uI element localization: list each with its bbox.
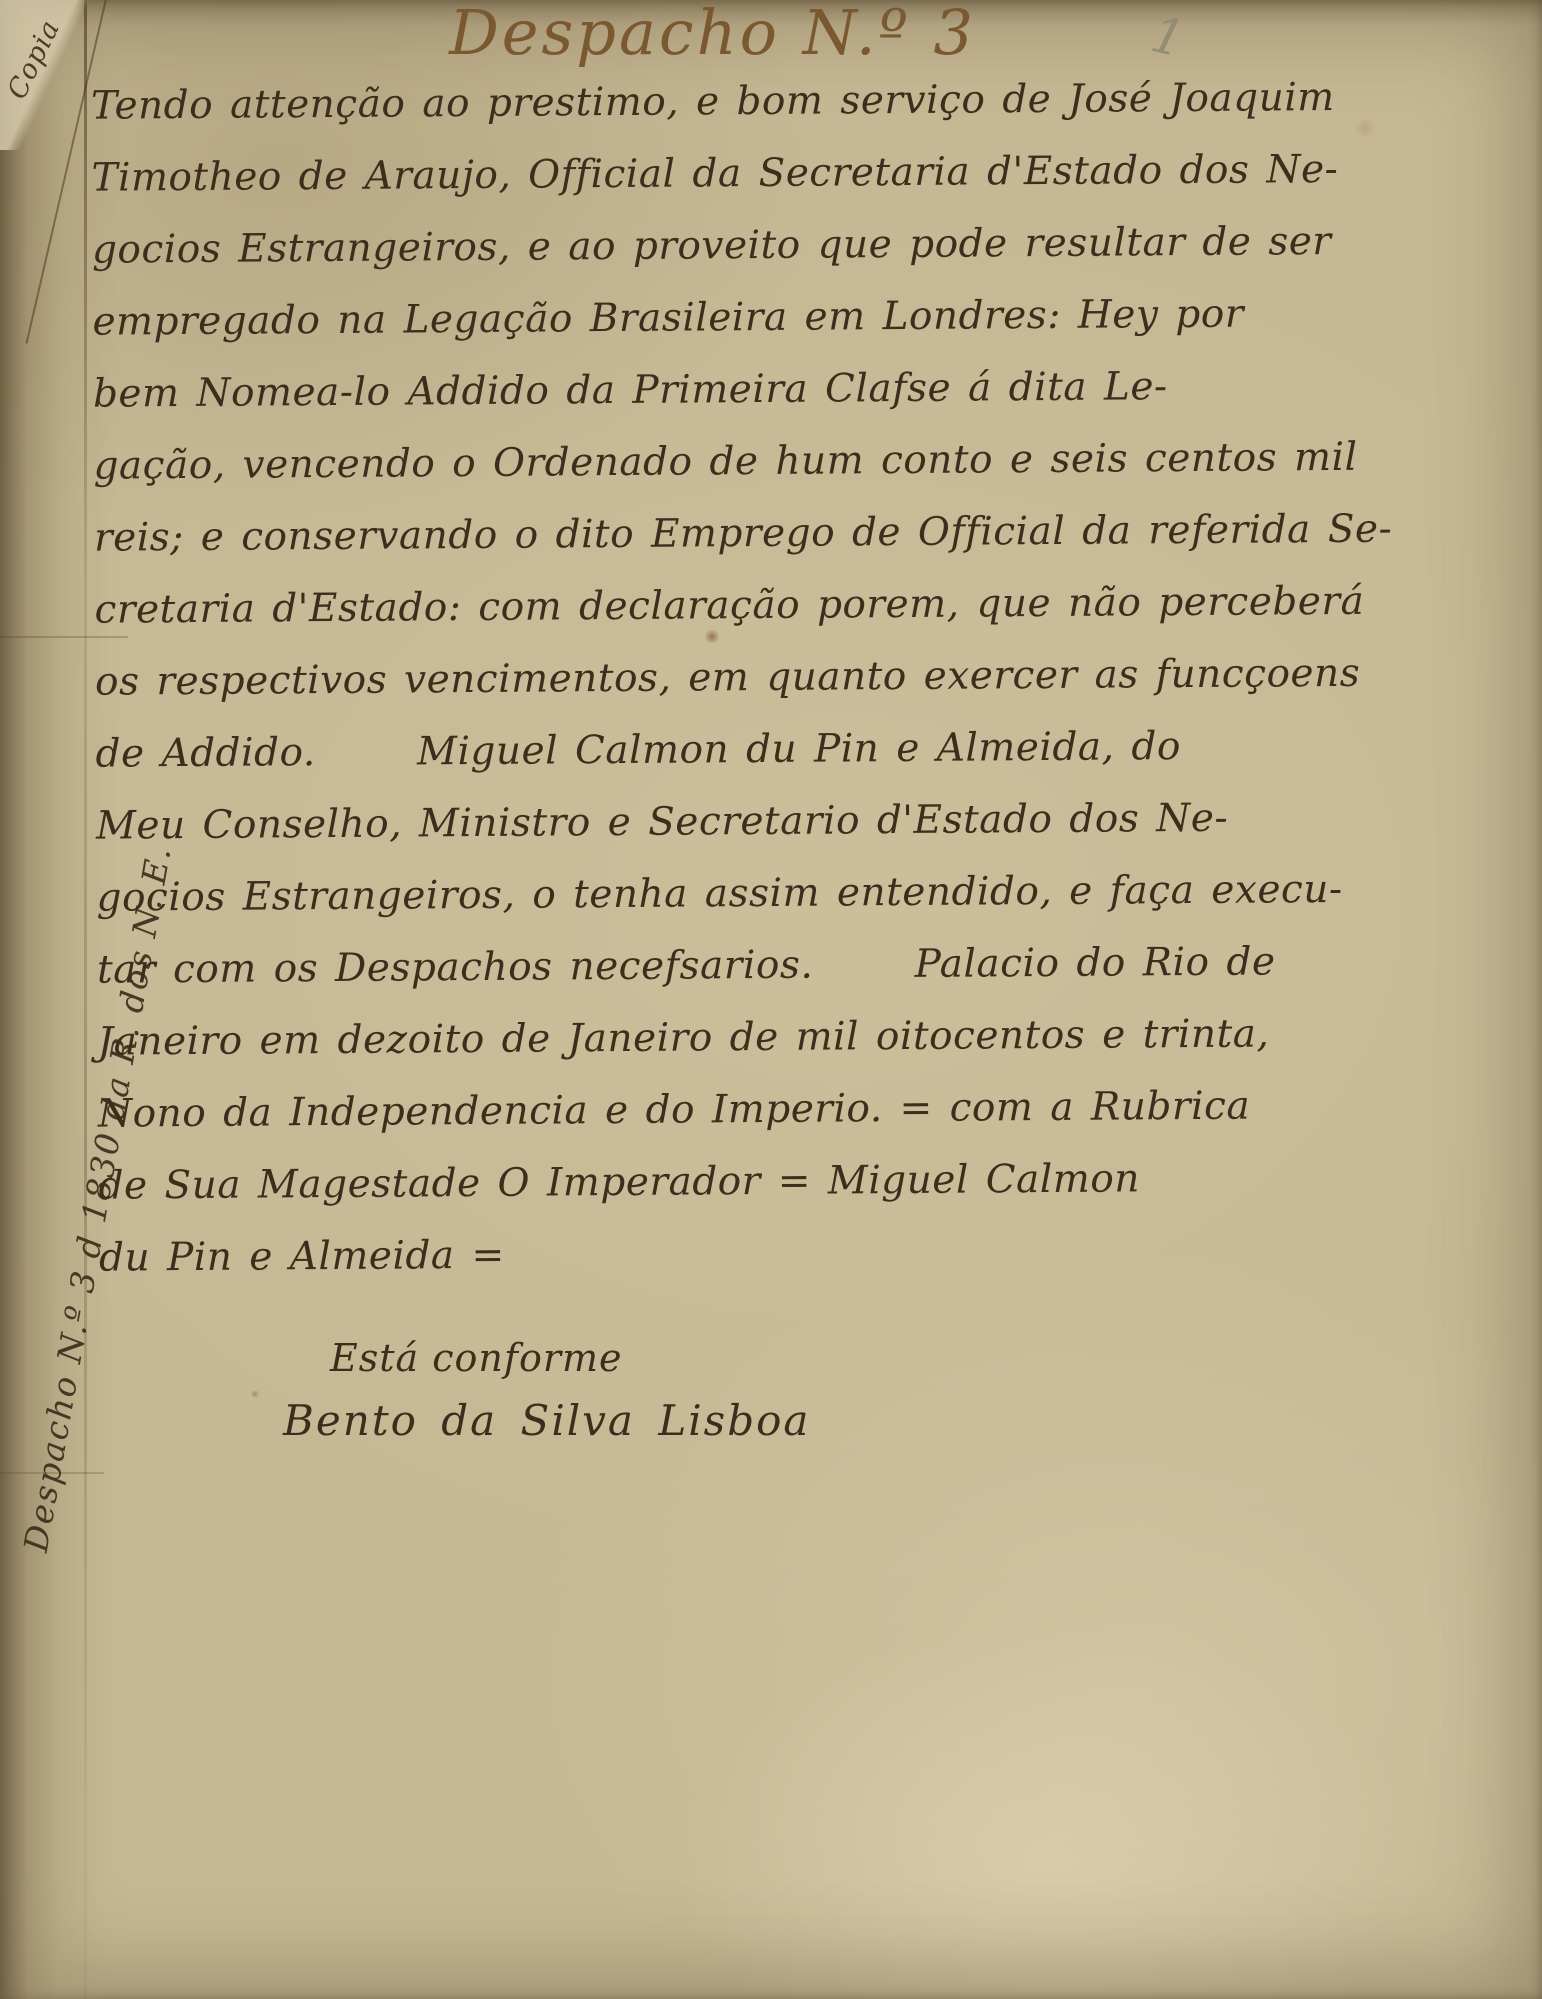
manuscript-line: du Pin e Almeida = [99, 1213, 1429, 1294]
ink-stain [250, 1390, 260, 1398]
manuscript-line: gocios Estrangeiros, e ao proveito que p… [92, 205, 1422, 286]
manuscript-line: de Sua Magestade O Imperador = Miguel Ca… [98, 1141, 1428, 1222]
signature-line: Bento da Silva Lisboa [283, 1396, 810, 1445]
manuscript-line: Nono da Independencia e do Imperio. = co… [98, 1069, 1428, 1150]
manuscript-line: reis; e conservando o dito Emprego de Of… [94, 493, 1424, 574]
manuscript-line: tar com os Despachos necefsarios. Palaci… [97, 925, 1427, 1006]
paper-crease-vertical [84, 0, 87, 1999]
manuscript-line: os respectivos vencimentos, em quanto ex… [95, 637, 1425, 718]
manuscript-line: cretaria d'Estado: com declaração porem,… [94, 565, 1424, 646]
manuscript-line: de Addido. Miguel Calmon du Pin e Almeid… [95, 709, 1425, 790]
document-body: Tendo attenção ao prestimo, e bom serviç… [91, 61, 1430, 1294]
ink-stain [703, 630, 721, 643]
paper-stain [1352, 120, 1378, 136]
document-title: Despacho N.º 3 [95, 0, 1330, 69]
manuscript-page: Copia Despacho N.º 3 d 1830 da R. dos N.… [0, 0, 1542, 1999]
manuscript-line: bem Nomea-lo Addido da Primeira Clafse á… [93, 349, 1423, 430]
manuscript-line: gocios Estrangeiros, o tenha assim enten… [96, 853, 1426, 934]
manuscript-line: Janeiro em dezoito de Janeiro de mil oit… [97, 997, 1427, 1078]
manuscript-line: Tendo attenção ao prestimo, e bom serviç… [91, 61, 1421, 142]
attestation-line: Está conforme [330, 1336, 623, 1380]
manuscript-line: Timotheo de Araujo, Official da Secretar… [91, 133, 1421, 214]
manuscript-line: Meu Conselho, Ministro e Secretario d'Es… [96, 781, 1426, 862]
manuscript-line: empregado na Legação Brasileira em Londr… [92, 277, 1422, 358]
manuscript-line: gação, vencendo o Ordenado de hum conto … [93, 421, 1423, 502]
